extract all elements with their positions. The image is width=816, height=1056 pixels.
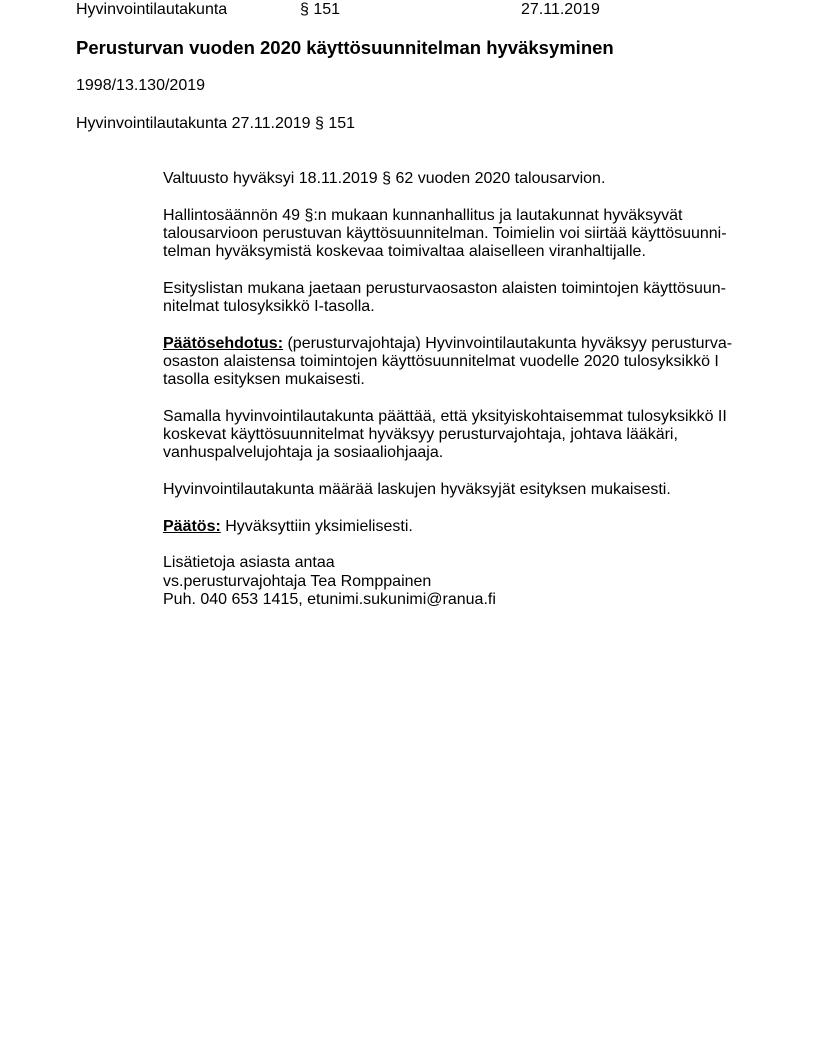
record-number: 1998/13.130/2019 <box>76 76 205 96</box>
meeting-reference: Hyvinvointilautakunta 27.11.2019 § 151 <box>76 114 355 134</box>
paragraph-invoices: Hyvinvointilautakunta määrää laskujen hy… <box>163 481 753 499</box>
proposal-label: Päätösehdotus: <box>163 335 283 352</box>
page-header: Hyvinvointilautakunta § 151 27.11.2019 <box>76 0 756 20</box>
document-title: Perusturvan vuoden 2020 käyttösuunnitelm… <box>76 37 614 59</box>
paragraph-proposal: Päätösehdotus: (perusturvajohtaja) Hyvin… <box>163 335 753 390</box>
decision-text: Hyväksyttiin yksimielisesti. <box>221 518 413 535</box>
paragraph-budget: Valtuusto hyväksyi 18.11.2019 § 62 vuode… <box>163 170 753 188</box>
header-body-name: Hyvinvointilautakunta <box>76 0 227 20</box>
contact-info: Lisätietoja asiasta antaa vs.perusturvaj… <box>163 554 753 609</box>
paragraph-rules: Hallintosäännön 49 §:n mukaan kunnanhall… <box>163 207 753 262</box>
paragraph-delegation: Samalla hyvinvointilautakunta päättää, e… <box>163 408 753 463</box>
document-body: Valtuusto hyväksyi 18.11.2019 § 62 vuode… <box>163 170 753 627</box>
paragraph-agenda: Esityslistan mukana jaetaan perusturvaos… <box>163 280 753 317</box>
header-section: § 151 <box>300 0 340 20</box>
paragraph-decision: Päätös: Hyväksyttiin yksimielisesti. <box>163 518 753 536</box>
decision-label: Päätös: <box>163 518 221 535</box>
header-date: 27.11.2019 <box>521 0 600 20</box>
